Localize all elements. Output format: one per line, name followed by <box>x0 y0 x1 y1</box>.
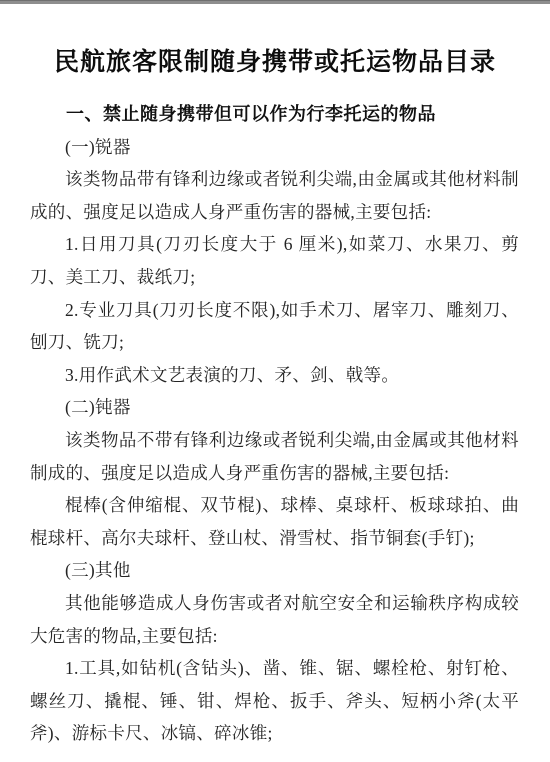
body-paragraph: 该类物品不带有锋利边缘或者锐利尖端,由金属或其他材料制成的、强度足以造成人身严重… <box>30 424 519 489</box>
section-label: (二)钝器 <box>30 391 519 424</box>
body-paragraph: 棍棒(含伸缩棍、双节棍)、球棒、桌球杆、板球球拍、曲棍球杆、高尔夫球杆、登山杖、… <box>30 489 519 554</box>
body-paragraph: 1.工具,如钻机(含钻头)、凿、锥、锯、螺栓枪、射钉枪、螺丝刀、撬棍、锤、钳、焊… <box>30 652 519 750</box>
body-paragraph: 1.日用刀具(刀刃长度大于 6 厘米),如菜刀、水果刀、剪刀、美工刀、裁纸刀; <box>30 228 519 293</box>
body-paragraph: 2.专业刀具(刀刃长度不限),如手术刀、屠宰刀、雕刻刀、刨刀、铣刀; <box>30 294 519 359</box>
section-heading: 一、禁止随身携带但可以作为行李托运的物品 <box>30 98 519 131</box>
document-body: 一、禁止随身携带但可以作为行李托运的物品(一)锐器该类物品带有锋利边缘或者锐利尖… <box>30 98 519 750</box>
section-label: (三)其他 <box>30 554 519 587</box>
section-label: (一)锐器 <box>30 131 519 164</box>
body-paragraph: 该类物品带有锋利边缘或者锐利尖端,由金属或其他材料制成的、强度足以造成人身严重伤… <box>30 163 519 228</box>
page-title: 民航旅客限制随身携带或托运物品目录 <box>10 43 540 83</box>
top-rule <box>0 0 550 4</box>
document-page: 民航旅客限制随身携带或托运物品目录 一、禁止随身携带但可以作为行李托运的物品(一… <box>0 0 550 762</box>
body-paragraph: 3.用作武术文艺表演的刀、矛、剑、戟等。 <box>30 359 519 392</box>
body-paragraph: 其他能够造成人身伤害或者对航空安全和运输秩序构成较大危害的物品,主要包括: <box>30 587 519 652</box>
